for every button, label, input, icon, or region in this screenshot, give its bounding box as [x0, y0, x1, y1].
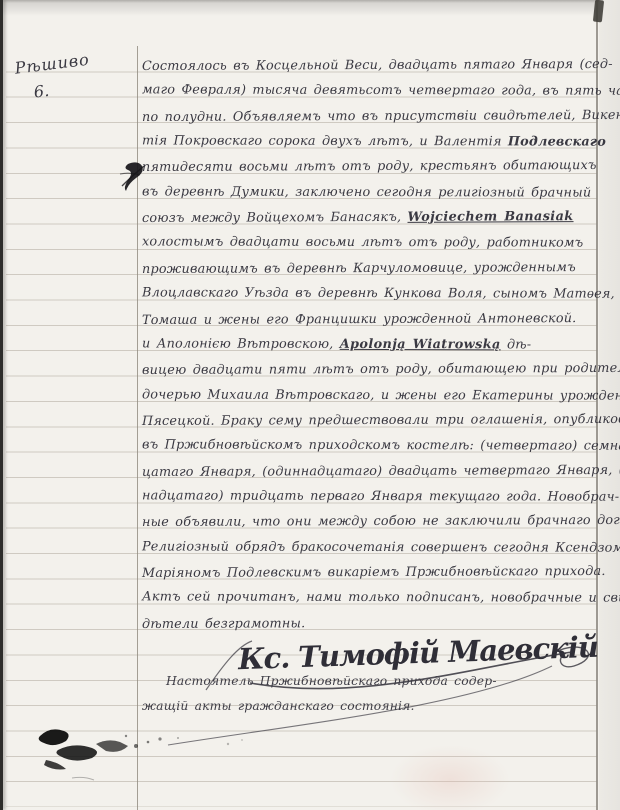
line-text: Религіозный обрядъ бракосочетанія соверш… [142, 539, 620, 555]
line-text: по полудни. Объявляемъ что въ присутстві… [142, 108, 620, 125]
line-text: вицею двадцати пяти лѣтъ отъ роду, обита… [142, 361, 620, 378]
line-text: дѣ- [501, 337, 532, 352]
manuscript-line: союзъ между Войцехомъ Банасякъ, Wojciech… [142, 204, 598, 231]
manuscript-line: въ Пржибновѣйскомъ приходскомъ костелѣ: … [142, 433, 598, 459]
closing-line-2: жащій акты гражданскаго состоянія. [142, 699, 415, 713]
line-text: дочерью Михаила Вѣтровскаго, и жены его … [142, 387, 620, 403]
manuscript-text: Состоялось въ Косцельной Веси, двадцать … [0, 0, 620, 810]
manuscript-line: Актъ сей прочитанъ, нами только подписан… [142, 585, 598, 611]
line-text: Актъ сей прочитанъ, нами только подписан… [142, 590, 620, 606]
manuscript-line: дочерью Михаила Вѣтровскаго, и жены его … [142, 382, 598, 408]
line-text: ные объявили, что они между собою не зак… [142, 513, 620, 530]
manuscript-line: Влоцлавскаго Уѣзда въ деревнѣ Кункова Во… [142, 281, 598, 307]
manuscript-line: въ деревнѣ Думики, заключено сегодня рел… [142, 179, 598, 205]
line-text: проживающимъ въ деревнѣ Карчуломовице, у… [142, 260, 576, 277]
manuscript-line: Томаша и жены его Францишки урожденной А… [142, 306, 598, 333]
manuscript-line: Пясецкой. Браку сему предшествовали три … [142, 407, 598, 434]
manuscript-line: Маріяномъ Подлевскимъ викаріемъ Пржибнов… [142, 559, 598, 586]
line-text: надцатаго) тридцать перваго Января текущ… [142, 488, 619, 504]
line-text: Маріяномъ Подлевскимъ викаріемъ Пржибнов… [142, 564, 606, 581]
line-text: маго Февраля) тысяча девятьсотъ четверта… [142, 83, 620, 99]
scanned-register-page: { "document": { "kind": "handwritten civ… [0, 0, 620, 810]
line-text: Подлевскаго [508, 134, 606, 149]
underlined-name: Apolonją Wiatrowską [340, 337, 501, 352]
underlined-name: Wojciechem Banasiak [407, 209, 573, 225]
manuscript-line: маго Февраля) тысяча девятьсотъ четверта… [142, 78, 598, 104]
manuscript-line: и Аполонією Вѣтровскою, Apolonją Wiatrow… [142, 331, 598, 357]
line-text: цатаго Января, (одиннадцатаго) двадцать … [142, 462, 620, 479]
line-text: въ Пржибновѣйскомъ приходскомъ костелѣ: … [142, 438, 620, 454]
line-text: Состоялось въ Косцельной Веси, двадцать … [142, 57, 613, 74]
manuscript-line: надцатаго) тридцать перваго Января текущ… [142, 483, 598, 509]
line-text: Томаша и жены его Францишки урожденной А… [142, 311, 576, 328]
manuscript-line: ные объявили, что они между собою не зак… [142, 508, 598, 535]
line-text: тія Покровскаго сорока двухъ лѣтъ, и Вал… [142, 133, 508, 149]
manuscript-line: вицею двадцати пяти лѣтъ отъ роду, обита… [142, 356, 598, 383]
line-text: холостымъ двадцати восьми лѣтъ отъ роду,… [142, 235, 583, 251]
manuscript-line: тія Покровскаго сорока двухъ лѣтъ, и Вал… [142, 128, 598, 154]
manuscript-line: холостымъ двадцати восьми лѣтъ отъ роду,… [142, 230, 598, 256]
line-text: союзъ между Войцехомъ Банасякъ, [142, 210, 408, 226]
closing-line-1: Настоятель Пржибновѣйскаго прихода содер… [166, 674, 497, 688]
manuscript-line: проживающимъ въ деревнѣ Карчуломовице, у… [142, 255, 598, 282]
line-text: въ деревнѣ Думики, заключено сегодня рел… [142, 184, 591, 200]
line-text: и Аполонією Вѣтровскою, [142, 336, 340, 352]
line-text: Пясецкой. Браку сему предшествовали три … [142, 412, 620, 429]
line-text: пятидесяти восьми лѣтъ отъ роду, крестья… [142, 158, 597, 175]
manuscript-line: Религіозный обрядъ бракосочетанія соверш… [142, 534, 598, 560]
manuscript-line: цатаго Января, (одиннадцатаго) двадцать … [142, 458, 598, 485]
manuscript-line: пятидесяти восьми лѣтъ отъ роду, крестья… [142, 153, 598, 180]
line-text: Влоцлавскаго Уѣзда въ деревнѣ Кункова Во… [142, 286, 615, 302]
manuscript-line: Состоялось въ Косцельной Веси, двадцать … [142, 52, 598, 79]
line-text: дѣтели безграмотны. [142, 616, 305, 632]
manuscript-line: по полудни. Объявляемъ что въ присутстві… [142, 103, 598, 130]
